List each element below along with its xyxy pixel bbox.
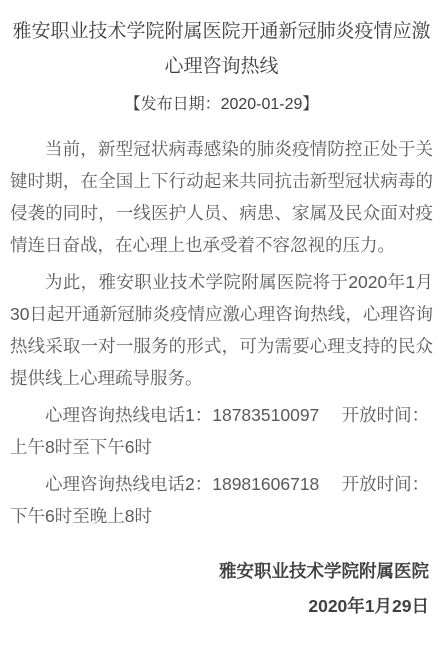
announcement-page: 雅安职业技术学院附属医院开通新冠肺炎疫情应激心理咨询热线 【发布日期：2020-… xyxy=(0,0,443,650)
paragraph-intro: 当前，新型冠状病毒感染的肺炎疫情防控正处于关键时期，在全国上下行动起来共同抗击新… xyxy=(10,133,433,261)
page-title: 雅安职业技术学院附属医院开通新冠肺炎疫情应激心理咨询热线 xyxy=(10,14,433,84)
article-body: 当前，新型冠状病毒感染的肺炎疫情防控正处于关键时期，在全国上下行动起来共同抗击新… xyxy=(10,133,433,532)
signature-block: 雅安职业技术学院附属医院 2020年1月29日 xyxy=(10,554,433,624)
hotline-2: 心理咨询热线电话2：18981606718 开放时间：下午6时至晚上8时 xyxy=(10,468,433,532)
publish-date: 【发布日期：2020-01-29】 xyxy=(10,93,433,117)
signature-org: 雅安职业技术学院附属医院 xyxy=(10,554,429,589)
signature-date: 2020年1月29日 xyxy=(10,589,429,624)
hotline-1: 心理咨询热线电话1：18783510097 开放时间：上午8时至下午6时 xyxy=(10,399,433,463)
paragraph-announcement: 为此，雅安职业技术学院附属医院将于2020年1月30日起开通新冠肺炎疫情应激心理… xyxy=(10,266,433,394)
